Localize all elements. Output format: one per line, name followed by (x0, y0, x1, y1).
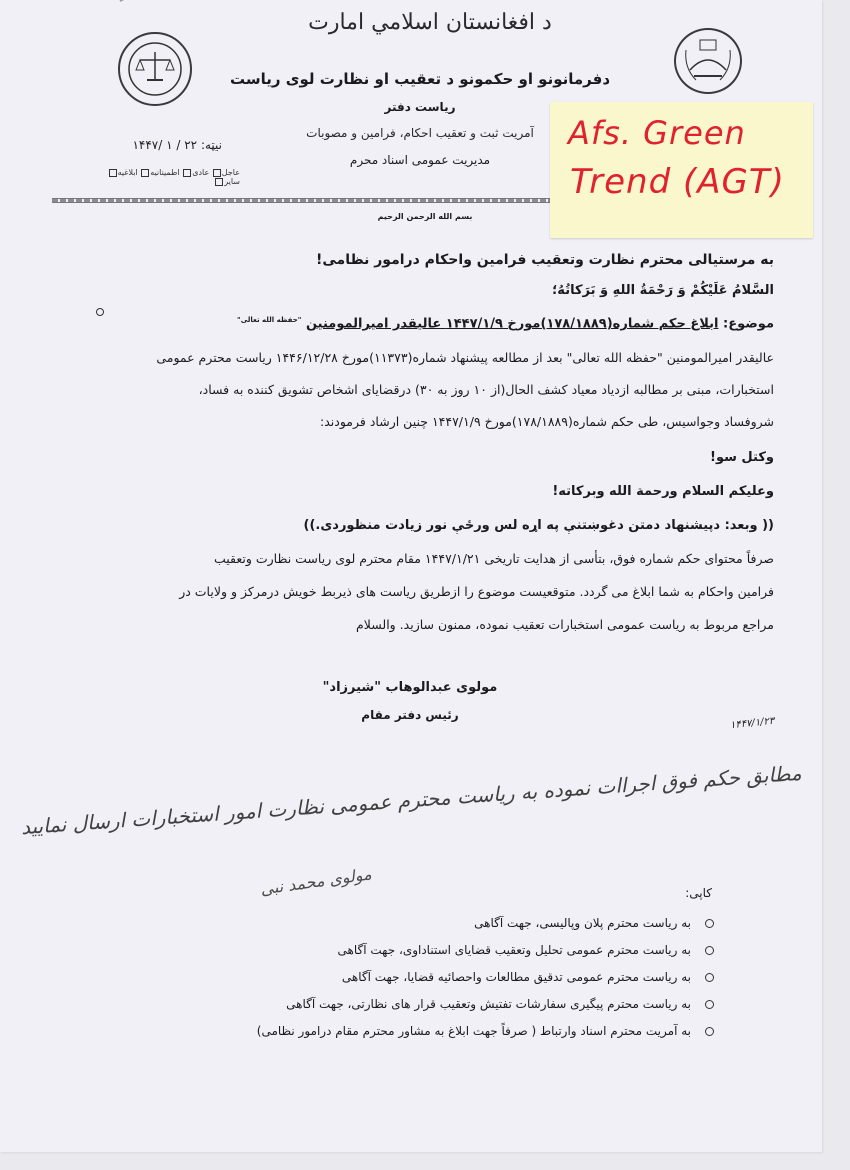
emirate-title: د افغانستان اسلامي امارت (300, 10, 560, 35)
document-page: د افغانستان اسلامي امارت دفرمانونو او حک… (0, 0, 822, 1152)
checkbox-icon (183, 169, 191, 177)
circle-bullet-icon (705, 1027, 714, 1036)
recipient-line: به مرستیالی محترم نظارت وتعقیب فرامین وا… (316, 252, 774, 268)
cc-list: به ریاست محترم پلان وپالیسی، جهت آگاهی ب… (194, 910, 714, 1045)
priority-option[interactable]: اطمینانیه (140, 168, 179, 177)
paragraph-1-line: عالیقدر امیرالمومنین "حفظه الله تعالی" ب… (156, 350, 774, 365)
priority-option[interactable]: سایر (214, 177, 240, 186)
checkbox-icon (141, 169, 149, 177)
priority-option[interactable]: ابلاغیه (108, 168, 138, 177)
cc-label: کاپی: (685, 886, 712, 900)
priority-option[interactable]: عاجل (212, 168, 240, 177)
cc-item: به ریاست محترم پیگیری سفارشات تفتیش وتعق… (194, 991, 714, 1018)
circle-bullet-icon (705, 919, 714, 928)
circle-bullet-icon (705, 973, 714, 982)
cc-item: به ریاست محترم عمومی تدقیق مطالعات واحصا… (194, 964, 714, 991)
sticky-note: Afs. Green Trend (AGT) (550, 102, 813, 238)
signatory-name: مولوی عبدالوهاب "شیرزاد" (300, 680, 520, 695)
bismillah: بسم الله الرحمن الرحیم (300, 212, 550, 221)
handwritten-signature: مولوی محمد نبی (259, 864, 372, 898)
priority-options: عاجل عادی اطمینانیه ابلاغیه سایر (90, 168, 240, 186)
date-field: نیټه: ۲۲ / ۱ /۱۴۴۷ (92, 138, 222, 152)
scales-seal-icon (118, 32, 192, 106)
margin-dot-icon (96, 308, 104, 316)
subject-label: موضوع: (723, 316, 774, 331)
order-quote: (( وبعد: دپیشنهاد دمتن دغوښتنې په اړه لس… (304, 518, 774, 533)
honorific: "حفظه الله تعالی" (237, 316, 301, 324)
priority-option[interactable]: عادی (182, 168, 209, 177)
coat-of-arms-icon (674, 28, 742, 94)
paragraph-1-line: استخبارات، مبنی بر مطالبه ازدیاد معیاد ک… (199, 382, 774, 397)
checkbox-icon (215, 178, 223, 186)
cc-item: به ریاست محترم پلان وپالیسی، جهت آگاهی (194, 910, 714, 937)
circle-bullet-icon (705, 946, 714, 955)
order-opening: وکتل سو! (710, 450, 774, 465)
paragraph-2-line: فرامین واحکام به شما ابلاغ می گردد. متوق… (179, 584, 774, 599)
paragraph-2-line: مراجع مربوط به ریاست عمومی استخبارات تعق… (356, 617, 774, 632)
subject-line: موضوع: ابلاغ حکم شماره(۱۷۸/۱۸۸۹)مورخ ۱۴۴… (237, 316, 774, 331)
cc-item: به آمریت محترم اسناد وارتباط ( صرفاً جهت… (194, 1018, 714, 1045)
sticky-note-line2: Trend (AGT) (570, 162, 785, 202)
paragraph-2-line: صرفاً محتوای حکم شماره فوق، بتأسی از هدا… (214, 551, 774, 566)
checkbox-icon (109, 169, 117, 177)
handwritten-date: ۱۴۴۷/۱/۲۳ (730, 716, 775, 732)
order-salam: وعلیکم السلام ورحمة الله وبرکاته! (552, 484, 774, 499)
date-value: ۲۲ / ۱ /۱۴۴۷ (132, 138, 197, 152)
pen-stroke-mark (120, 0, 170, 2)
checkbox-icon (213, 169, 221, 177)
department-title: دفرمانونو او حکمونو د تعقیب او نظارت لوی… (220, 70, 620, 88)
date-label: نیټه: (201, 138, 222, 152)
cc-item: به ریاست محترم عمومی تحلیل وتعقیب قضایای… (194, 937, 714, 964)
signatory-title: رئیس دفتر مقام (300, 708, 520, 722)
sticky-note-line1: Afs. Green (568, 114, 746, 152)
greeting-line: السَّلامُ عَلَيْكُمْ وَ رَحْمَةُ اللهِ و… (552, 283, 774, 298)
handwritten-note: مطابق حکم فوق اجراات نموده به ریاست محتر… (20, 761, 802, 840)
circle-bullet-icon (705, 1000, 714, 1009)
subject-text: ابلاغ حکم شماره(۱۷۸/۱۸۸۹)مورخ ۱۴۴۷/۱/۹ ع… (306, 316, 719, 331)
paragraph-1-line: شروفساد وجواسیس، طی حکم شماره(۱۷۸/۱۸۸۹)م… (320, 414, 774, 429)
